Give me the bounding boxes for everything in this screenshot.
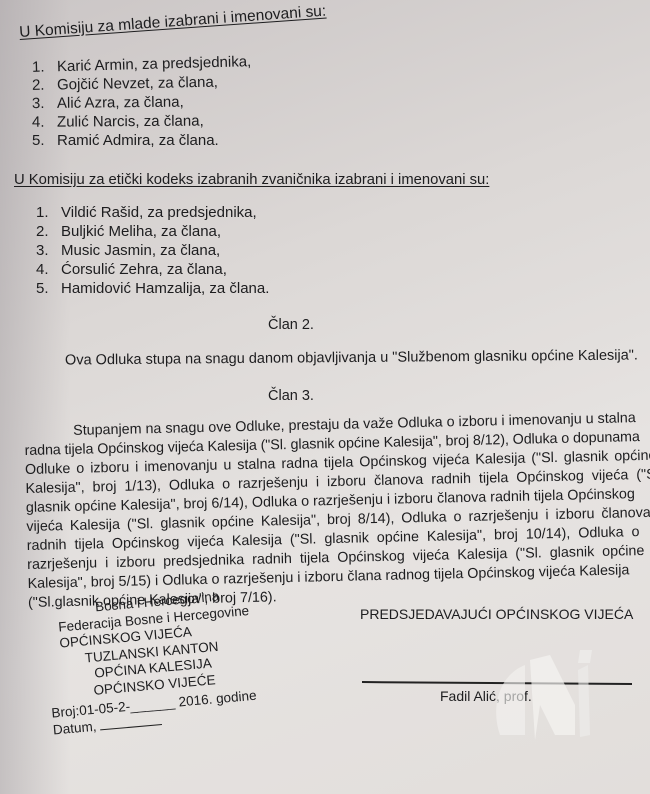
date-blank (100, 723, 162, 729)
article-2-text: Ova Odluka stupa na snagu danom objavlji… (65, 348, 638, 369)
youth-commission-list: 1.Karić Armin, za predsjednika, 2.Gojčić… (32, 55, 251, 150)
signature-title: PREDSJEDAVAJUĆI OPĆINSKOG VIJEĆA (360, 606, 633, 622)
list-item: 1.Vildić Rašid, za predsjednika, (36, 203, 269, 222)
article-3-title: Član 3. (268, 388, 314, 404)
list-item: 4.Zulić Narcis, za člana, (32, 111, 251, 132)
date-label: Datum, (52, 718, 97, 737)
ethics-commission-list: 1.Vildić Rašid, za predsjednika, 2.Buljk… (36, 203, 269, 298)
list-item: 3.Alić Azra, za člana, (32, 92, 251, 113)
list-item: 5.Ramić Admira, za člana. (32, 131, 251, 150)
list-item: 4.Ćorsulić Zehra, za člana, (36, 260, 269, 279)
ethics-commission-heading: U Komisiju za etički kodeks izabranih zv… (14, 172, 489, 188)
municipality-stamp: Bosna i Hercegovina Federacija Bosne i H… (42, 586, 263, 739)
tv-logo-watermark-icon (480, 645, 610, 755)
list-item: 5.Hamidović Hamzalija, za člana. (36, 279, 269, 298)
list-item: 3.Music Jasmin, za člana, (36, 241, 269, 260)
article-2-title: Član 2. (268, 317, 314, 333)
list-item: 2.Buljkić Meliha, za člana, (36, 222, 269, 241)
youth-commission-heading: U Komisiju za mlade izabrani i imenovani… (19, 3, 327, 42)
article-3-body: Stupanjem na snagu ove Odluke, prestaju … (24, 409, 650, 613)
